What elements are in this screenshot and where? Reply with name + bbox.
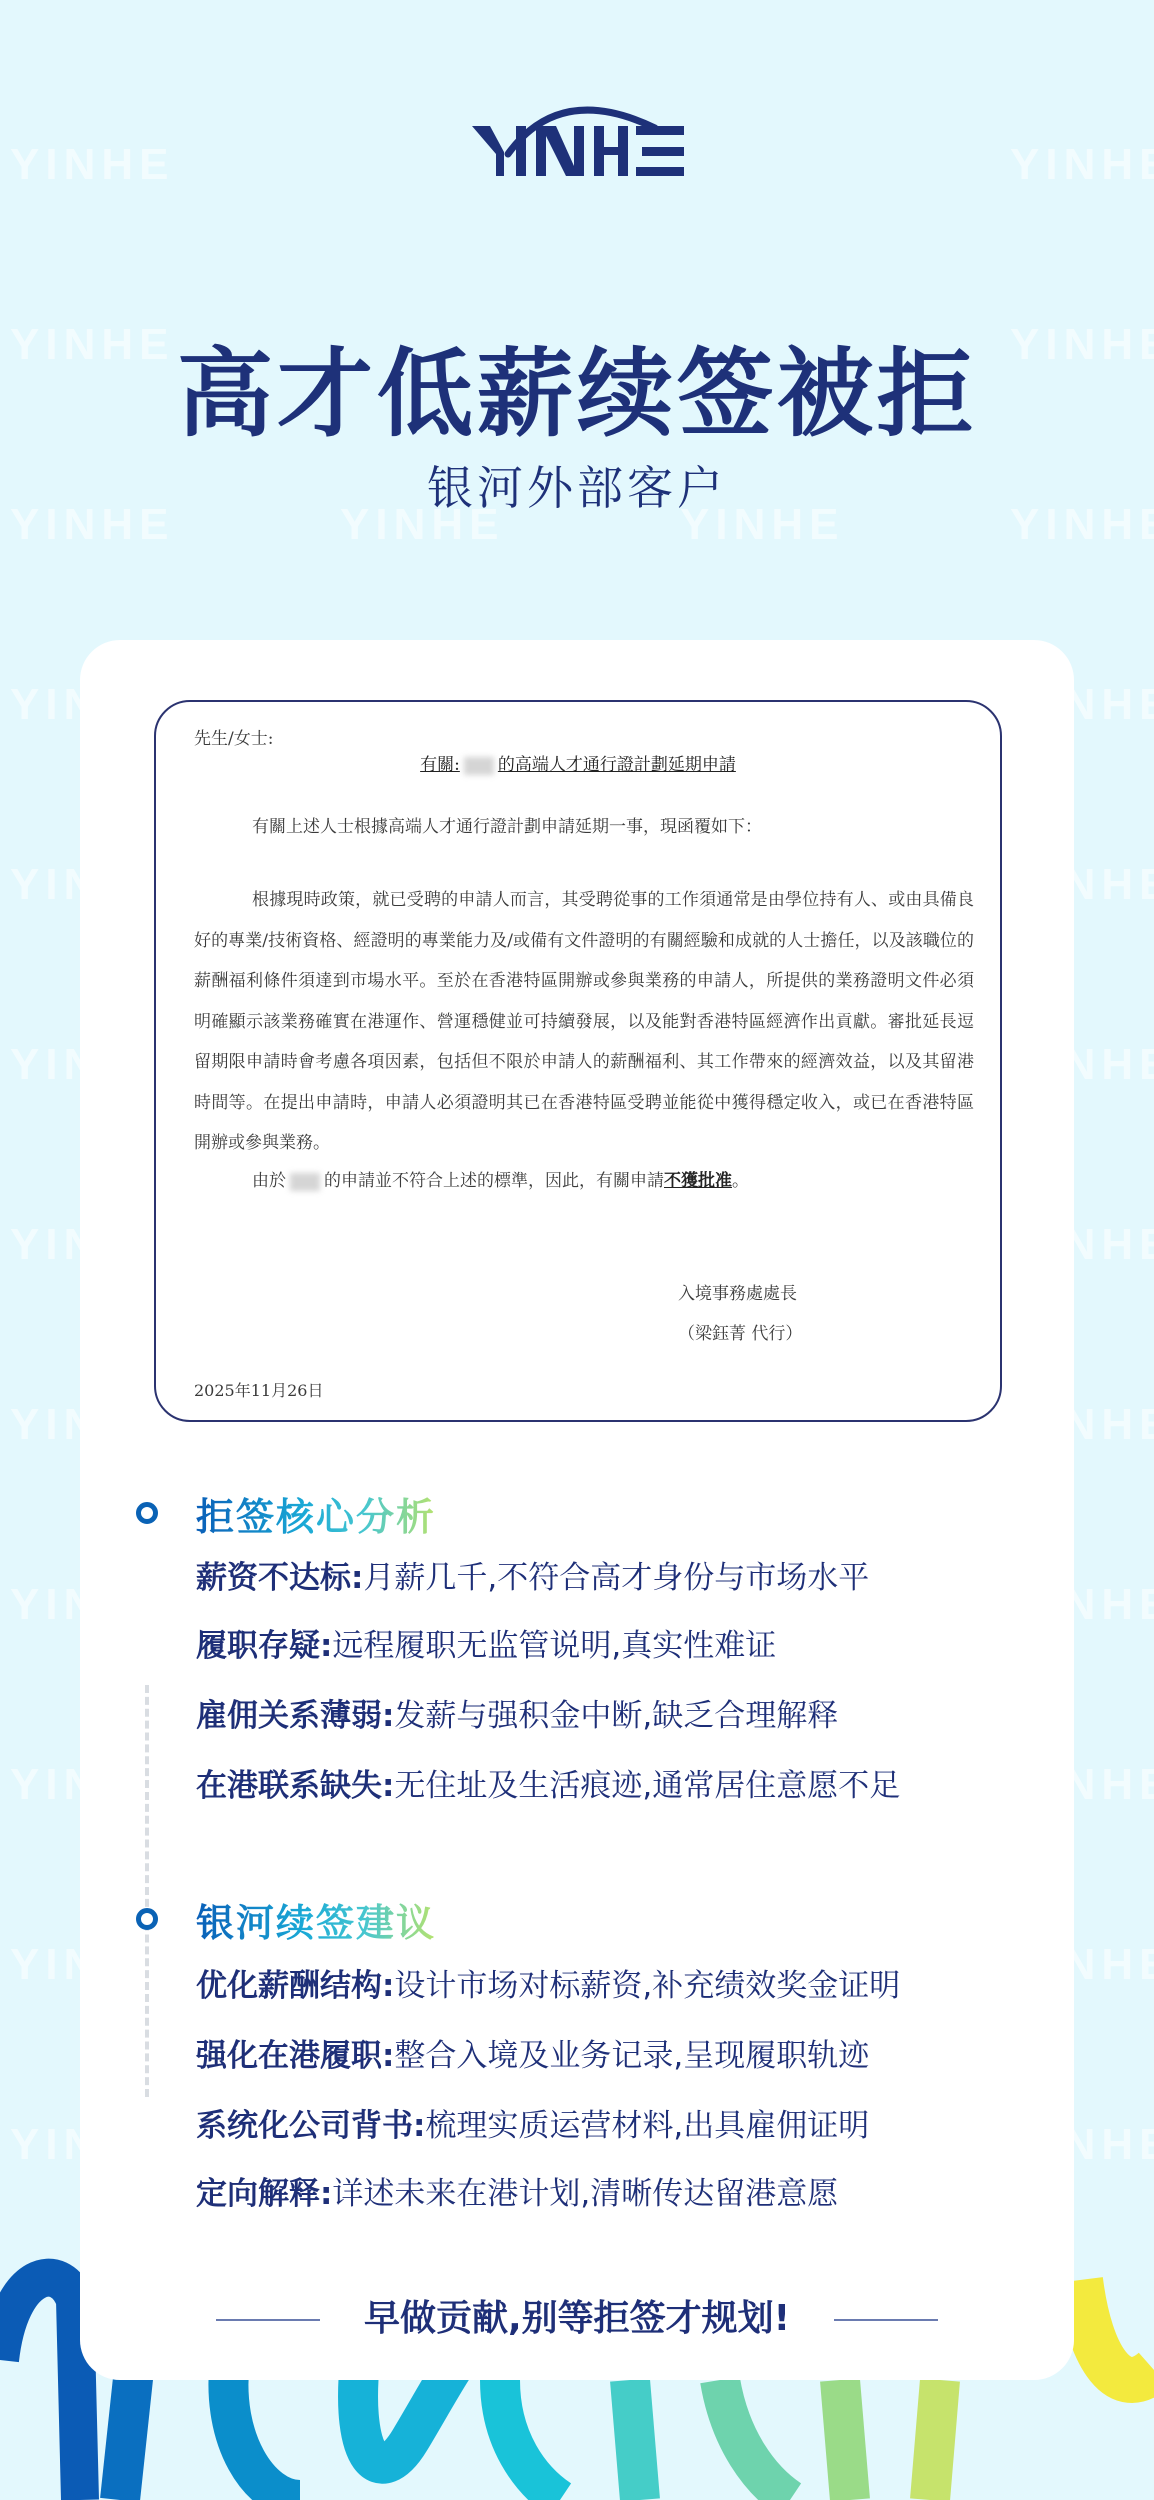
- redacted-name: [290, 1173, 320, 1191]
- signer-name: （梁鈺菁 代行）: [678, 1314, 802, 1354]
- divider: [216, 2319, 320, 2321]
- analysis-section-title: 拒签核心分析: [196, 1486, 436, 1541]
- para3-middle: 的申請並不符合上述的標準，因此，有關申請: [324, 1171, 664, 1191]
- advice-item: 系统化公司背书:梳理实质运营材料,出具雇佣证明: [196, 2100, 869, 2145]
- letter-salutation: 先生/女士:: [194, 724, 273, 749]
- rejection-letter: 先生/女士: 有關:的高端人才通行證計劃延期申請 有關上述人士根據高端人才通行證…: [154, 700, 1002, 1422]
- subject-suffix: 的高端人才通行證計劃延期申請: [498, 755, 736, 775]
- letter-paragraph-2: 根據現時政策，就已受聘的申請人而言，其受聘從事的工作須通常是由學位持有人、或由具…: [194, 880, 974, 1164]
- redacted-name: [464, 757, 494, 775]
- page-subtitle: 银河外部客户: [0, 452, 1154, 518]
- analysis-item: 在港联系缺失:无住址及生活痕迹,通常居住意愿不足: [196, 1760, 900, 1805]
- footer-slogan: 早做贡献,别等拒签才规划!: [80, 2290, 1074, 2341]
- timeline-dashed-line: [145, 1685, 149, 2097]
- yinhe-logo: [470, 92, 690, 182]
- letter-subject: 有關:的高端人才通行證計劃延期申請: [156, 750, 1000, 775]
- letter-date: 2025年11月26日: [194, 1378, 323, 1401]
- timeline-dot-icon: [136, 1908, 158, 1930]
- analysis-item: 薪资不达标:月薪几千,不符合高才身份与市场水平: [196, 1552, 869, 1597]
- para3-prefix: 由於: [252, 1171, 286, 1191]
- divider: [834, 2319, 938, 2321]
- analysis-item: 雇佣关系薄弱:发薪与强积金中断,缺乏合理解释: [196, 1690, 838, 1735]
- logo-icon: [470, 92, 690, 182]
- timeline-dot-icon: [136, 1502, 158, 1524]
- advice-item: 强化在港履职:整合入境及业务记录,呈现履职轨迹: [196, 2030, 869, 2075]
- advice-item: 定向解释:详述未来在港计划,清晰传达留港意愿: [196, 2168, 838, 2213]
- letter-paragraph-1: 有關上述人士根據高端人才通行證計劃申請延期一事，現函覆如下：: [252, 812, 762, 837]
- page-title: 高才低薪续签被拒: [0, 318, 1154, 455]
- para3-end: 。: [732, 1171, 749, 1191]
- signer-title: 入境事務處處長: [678, 1274, 802, 1314]
- advice-section-title: 银河续签建议: [196, 1892, 436, 1947]
- watermark: YINHE: [10, 140, 174, 190]
- slogan-text: 早做贡献,别等拒签才规划!: [364, 2298, 790, 2339]
- letter-signer: 入境事務處處長 （梁鈺菁 代行）: [678, 1274, 802, 1354]
- content-card: 先生/女士: 有關:的高端人才通行證計劃延期申請 有關上述人士根據高端人才通行證…: [80, 640, 1074, 2380]
- letter-paragraph-3: 由於的申請並不符合上述的標準，因此，有關申請不獲批准。: [252, 1166, 749, 1191]
- advice-item: 优化薪酬结构:设计市场对标薪资,补充绩效奖金证明: [196, 1960, 900, 2005]
- subject-prefix: 有關:: [420, 755, 460, 775]
- analysis-item: 履职存疑:远程履职无监管说明,真实性难证: [196, 1620, 776, 1665]
- watermark: YINHE: [1010, 140, 1154, 190]
- decision-emphasis: 不獲批准: [664, 1171, 732, 1191]
